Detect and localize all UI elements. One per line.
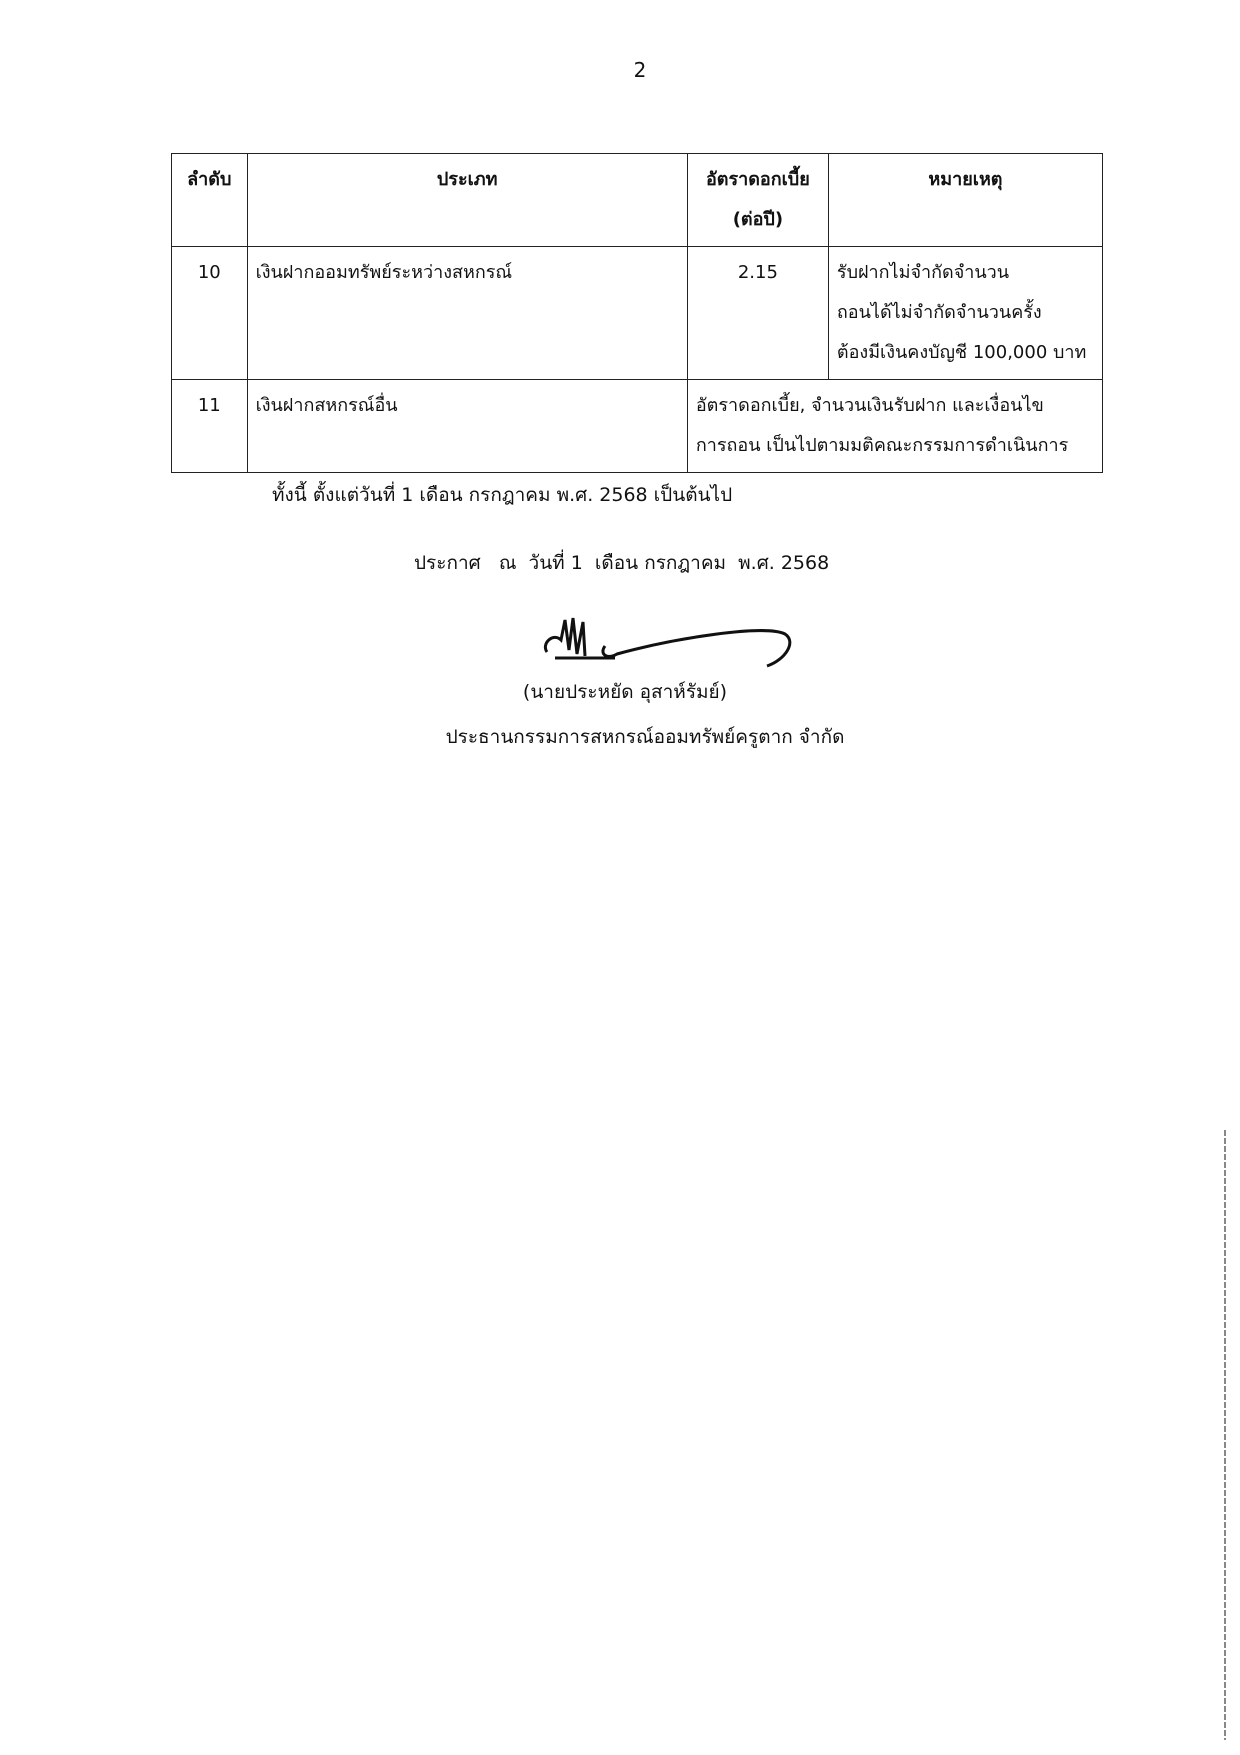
header-rate-line1: อัตราดอกเบี้ย (696, 160, 820, 200)
header-rate: อัตราดอกเบี้ย (ต่อปี) (687, 154, 828, 247)
effective-date-text: ทั้งนี้ ตั้งแต่วันที่ 1 เดือน กรกฎาคม พ.… (272, 480, 732, 510)
signature-icon (535, 610, 805, 680)
row-no: 11 (172, 380, 248, 473)
signer-name: (นายประหยัด อุสาห์รัมย์) (0, 677, 1240, 707)
signer-title: ประธานกรรมการสหกรณ์ออมทรัพย์ครูตาก จำกัด (0, 722, 1240, 752)
interest-rate-table: ลำดับ ประเภท อัตราดอกเบี้ย (ต่อปี) หมายเ… (171, 153, 1103, 473)
header-type: ประเภท (247, 154, 687, 247)
table-header-row: ลำดับ ประเภท อัตราดอกเบี้ย (ต่อปี) หมายเ… (172, 154, 1103, 247)
row-no: 10 (172, 247, 248, 380)
scan-edge-artifact (1224, 1130, 1226, 1740)
note-line: ถอนได้ไม่จำกัดจำนวนครั้ง (837, 293, 1094, 333)
row-notes: รับฝากไม่จำกัดจำนวน ถอนได้ไม่จำกัดจำนวนค… (828, 247, 1102, 380)
note-line: รับฝากไม่จำกัดจำนวน (837, 253, 1094, 293)
header-rate-line2: (ต่อปี) (696, 200, 820, 240)
header-no: ลำดับ (172, 154, 248, 247)
header-note: หมายเหตุ (828, 154, 1102, 247)
note-line: ต้องมีเงินคงบัญชี 100,000 บาท (837, 333, 1094, 373)
announcement-date-text: ประกาศ ณ วันที่ 1 เดือน กรกฎาคม พ.ศ. 256… (414, 548, 829, 578)
note-line: อัตราดอกเบี้ย, จำนวนเงินรับฝาก และเงื่อน… (696, 386, 1094, 426)
table-row: 11 เงินฝากสหกรณ์อื่น อัตราดอกเบี้ย, จำนว… (172, 380, 1103, 473)
row-merged-notes: อัตราดอกเบี้ย, จำนวนเงินรับฝาก และเงื่อน… (687, 380, 1102, 473)
table-row: 10 เงินฝากออมทรัพย์ระหว่างสหกรณ์ 2.15 รั… (172, 247, 1103, 380)
note-line: การถอน เป็นไปตามมติคณะกรรมการดำเนินการ (696, 426, 1094, 466)
row-rate: 2.15 (687, 247, 828, 380)
row-type: เงินฝากสหกรณ์อื่น (247, 380, 687, 473)
page-number: 2 (0, 58, 1240, 82)
row-type: เงินฝากออมทรัพย์ระหว่างสหกรณ์ (247, 247, 687, 380)
